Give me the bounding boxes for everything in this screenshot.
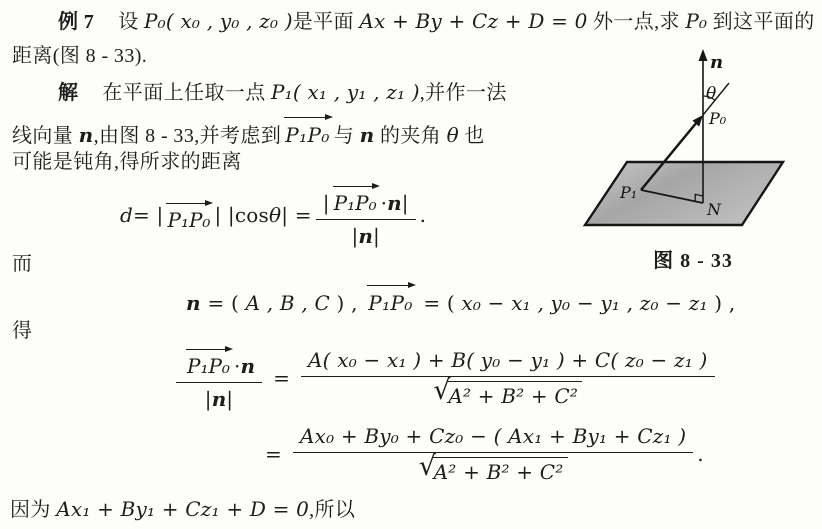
example-line-2: 距离(图 8 - 33). [12,43,147,70]
text-run: 距离(图 8 - 33). [12,45,147,67]
solution-label: 解 [58,82,78,104]
math-n-vector: n [360,123,375,147]
fraction-denominator: √ A² + B² + C² [301,376,715,408]
equals-sign: = [273,366,290,390]
formula-expansion-line-1: P₁P₀ · n | n | = A( x₀ − x₁ ) + B( y₀ − … [172,341,719,415]
math-run: | [205,387,212,411]
text-run: ,由图 8 - 33,并考虑到 [94,125,282,147]
radicand: A² + B² + C² [433,457,568,484]
math-run: | = [281,203,311,227]
text-run: 因为 [10,499,56,521]
math-run: x₀ − x₁ , y₀ − y₁ , z₀ − z₁ [461,291,707,315]
solution-line-3: 可能是钝角,得所求的距离 [12,149,242,176]
math-point-P0-coords: P₀( x₀ , y₀ , z₀ ) [144,9,293,33]
fraction-denominator: | n | [316,219,416,248]
math-plane-equation: Ax + By + Cz + D = 0 [359,9,587,33]
example-line-1: 例 7设 P₀( x₀ , y₀ , z₀ )是平面 Ax + By + Cz … [58,8,815,36]
math-run: = ( [417,291,462,315]
label-N: N [706,200,722,219]
math-run: ) , [708,291,736,315]
math-run: | [373,224,380,248]
solution-line-2: 线向量 n,由图 8 - 33,并考虑到P₁P₀与 n 的夹角 θ 也 [12,113,485,150]
square-root: √ A² + B² + C² [433,381,582,408]
vector-P1P0: P₁P₀ [185,345,232,378]
radical-sign: √ [419,456,436,479]
math-P0: P₀ [685,9,707,33]
figure-8-33-diagram: n θ P₀ P₁ N [578,46,822,242]
figure-caption: 图 8 - 33 [623,244,763,273]
math-run: | [402,191,409,215]
fraction-denominator: √ A² + B² + C² [293,452,693,484]
math-n-vector: n [241,354,256,378]
math-theta: θ [447,123,459,147]
vector-P1P0: P₁P₀ [366,281,415,317]
radicand: A² + B² + C² [447,381,582,408]
text-run: 线向量 [12,125,79,147]
fraction-left: P₁P₀ · n | n | [176,345,262,411]
connective-de: 得 [12,318,32,345]
textbook-page: 例 7设 P₀( x₀ , y₀ , z₀ )是平面 Ax + By + Cz … [0,0,822,529]
math-run: | [226,387,233,411]
fraction-dot-product: | P₁P₀ · n | | n | [316,182,416,248]
fraction: Ax₀ + By₀ + Cz₀ − ( Ax₁ + By₁ + Cz₁ ) √ … [293,424,693,484]
solution-line-1: 解在平面上任取一点 P₁( x₁ , y₁ , z₁ ),并作一法 [58,79,507,107]
text-run: 设 [118,11,144,33]
math-point-P1-coords: P₁( x₁ , y₁ , z₁ ) [271,80,420,104]
math-n-vector: n [358,224,373,248]
math-run: ) , [330,291,364,315]
formula-expansion-line-2: = Ax₀ + By₀ + Cz₀ − ( Ax₁ + By₁ + Cz₁ ) … [258,420,704,488]
math-run: = ( [201,291,246,315]
fraction-numerator: P₁P₀ · n [176,345,262,382]
math-run: | [351,224,358,248]
var-d: d [120,203,133,227]
text-run: 可能是钝角,得所求的距离 [12,151,242,173]
formula-n-components: n = ( A , B , C ) , P₁P₀ = ( x₀ − x₁ , y… [186,281,735,318]
label-P1: P₁ [619,183,637,202]
text-run: 也 [459,125,485,147]
math-run: Ax₀ + By₀ + Cz₀ − ( Ax₁ + By₁ + Cz₁ ) [300,424,686,448]
vector-P1P0: P₁P₀ [165,199,212,232]
text-run: 而 [12,253,32,275]
vector-P1P0: P₁P₀ [283,113,332,149]
normal-arrowhead [699,49,708,61]
label-n: n [710,52,723,73]
text-run: 得 [12,320,32,342]
math-run: . [697,442,704,466]
fraction-numerator: Ax₀ + By₀ + Cz₀ − ( Ax₁ + By₁ + Cz₁ ) [293,424,693,452]
math-n-vector: n [79,123,94,147]
formula-distance: d = | P₁P₀ | |cos θ | = | P₁P₀ · n | | n… [120,184,426,246]
math-theta: θ [269,203,281,227]
math-run: | [323,191,330,215]
plane-surface [585,162,783,225]
label-P0: P₀ [708,109,727,128]
label-theta: θ [706,84,716,104]
math-run: = | [133,203,163,227]
math-n-vector: n [212,387,227,411]
text-run: ,所以 [309,499,355,521]
fraction-numerator: A( x₀ − x₁ ) + B( y₀ − y₁ ) + C( z₀ − z₁… [301,348,715,376]
text-run: 的夹角 [375,125,447,147]
text-run: 在平面上任取一点 [102,82,271,104]
text-run: 与 [334,125,360,147]
connective-er: 而 [12,251,32,278]
equals-sign: = [265,442,282,466]
math-plane-at-P1: Ax₁ + By₁ + Cz₁ + D = 0 [56,497,309,521]
math-run: A , B , C [246,291,330,315]
math-run: | |cos [214,203,269,227]
math-n-vector: n [186,291,201,315]
text-run: 是平面 [293,11,360,33]
fraction-denominator: | n | [176,382,262,411]
text-run: 外一点,求 [588,11,686,33]
closing-line: 因为 Ax₁ + By₁ + Cz₁ + D = 0,所以 [10,496,355,524]
example-label: 例 7 [58,11,94,33]
vector-P1P0: P₁P₀ [332,182,379,215]
math-n-vector: n [387,191,402,215]
text-run: 到这平面的 [707,11,814,33]
radical-sign: √ [433,380,450,403]
math-run: A( x₀ − x₁ ) + B( y₀ − y₁ ) + C( z₀ − z₁… [308,348,708,372]
fraction-right: A( x₀ − x₁ ) + B( y₀ − y₁ ) + C( z₀ − z₁… [301,348,715,408]
fraction-numerator: | P₁P₀ · n | [316,182,416,219]
math-run: . [420,203,427,227]
text-run: ,并作一法 [420,82,507,104]
square-root: √ A² + B² + C² [419,457,568,484]
